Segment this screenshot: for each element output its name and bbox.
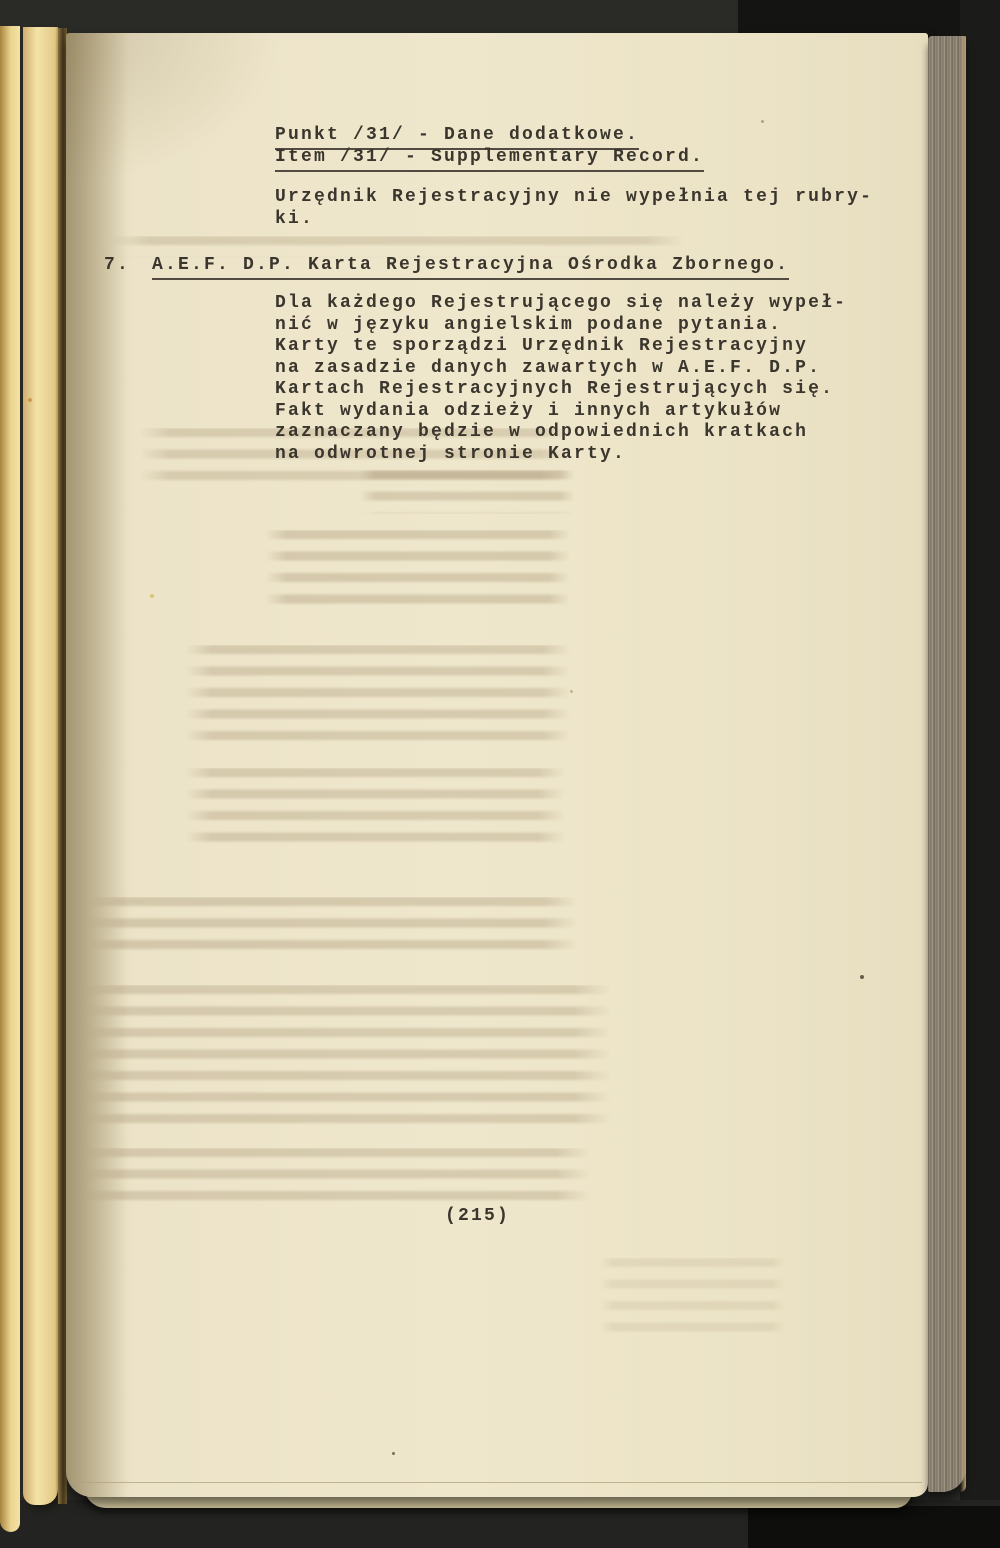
bleed-through-text <box>360 470 575 514</box>
book-scan-scene: Punkt /31/ - Dane dodatkowe. Item /31/ -… <box>0 0 1000 1548</box>
left-page-curl-inner <box>23 27 58 1505</box>
paper-speck <box>860 975 864 979</box>
bleed-through-text <box>86 985 611 1131</box>
paper-speck <box>392 1452 395 1455</box>
item-line: Item /31/ - Supplementary Record. <box>275 147 704 172</box>
paper-speck <box>761 120 764 123</box>
background-right-column <box>960 0 1000 1548</box>
bleed-through-text <box>185 645 570 749</box>
paper-speck <box>28 398 32 402</box>
bleed-through-text <box>88 897 578 959</box>
paper-speck <box>570 690 573 693</box>
section-heading: A.E.F. D.P. Karta Rejestracyjna Ośrodka … <box>152 255 789 280</box>
background-shadow-bottom-right <box>748 1506 1000 1548</box>
paper-speck <box>150 594 154 598</box>
bleed-through-text <box>265 530 570 612</box>
page-bottom-crease <box>72 1482 922 1483</box>
document-page: Punkt /31/ - Dane dodatkowe. Item /31/ -… <box>66 33 928 1497</box>
punkt-line: Punkt /31/ - Dane dodatkowe. <box>275 125 639 150</box>
bleed-through-text <box>600 1258 785 1336</box>
section-number: 7. <box>104 255 130 277</box>
clerk-note-paragraph: Urzędnik Rejestracyjny nie wypełnia tej … <box>275 187 873 230</box>
body-paragraph: Dla każdego Rejestrującego się należy wy… <box>275 293 847 465</box>
bleed-through-text <box>185 768 565 850</box>
bleed-through-text <box>86 1148 591 1208</box>
left-page-curl-outer <box>0 26 20 1532</box>
page-number: (215) <box>445 1206 510 1228</box>
page-stack-edges <box>928 36 966 1492</box>
